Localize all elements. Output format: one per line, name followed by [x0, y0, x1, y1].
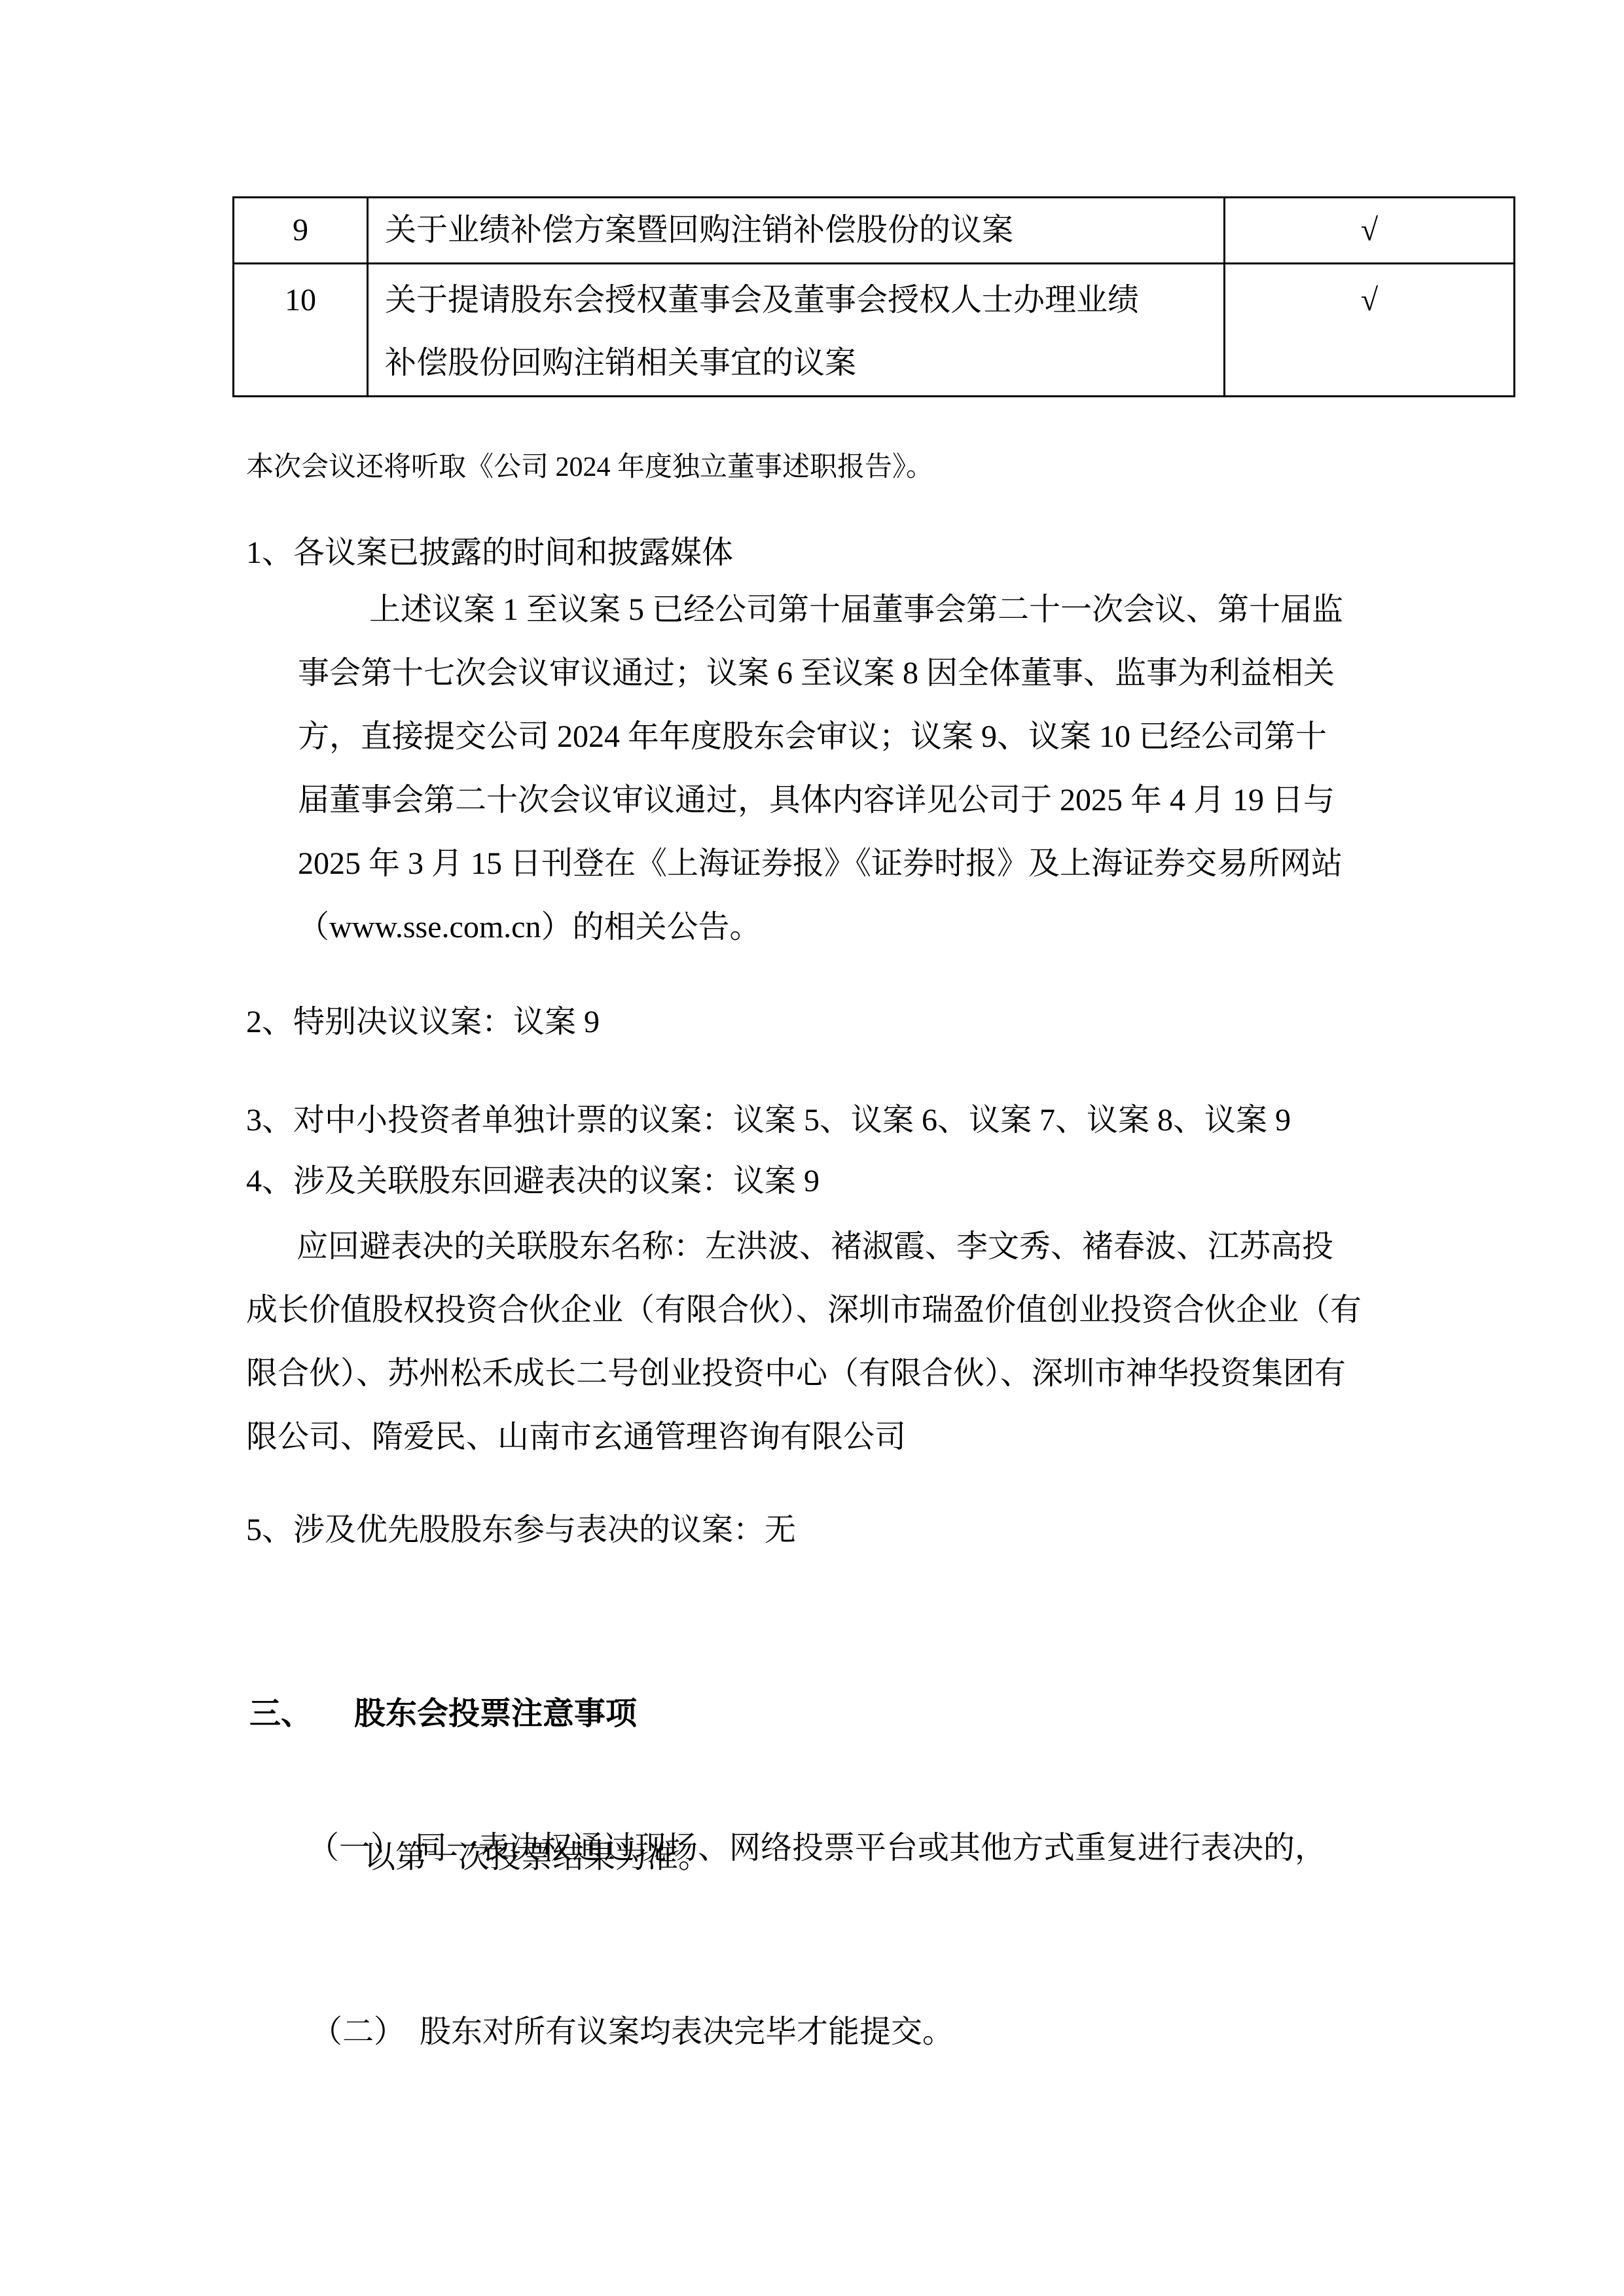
heading-section-3-label: 三、 [249, 1696, 312, 1731]
section-2-line: 2、特别决议议案：议案 9 [246, 990, 600, 1054]
table-row: 9 关于业绩补偿方案暨回购注销补偿股份的议案 √ [234, 198, 1515, 264]
item-1-continuation: 以第一次投票结果为准。 [364, 1825, 710, 1889]
heading-section-3: 三、股东会投票注意事项 [249, 1619, 637, 1746]
row-number-cell: 10 [234, 264, 368, 397]
checkmark-cell: √ [1225, 198, 1515, 264]
section-4-line: 4、涉及关联股东回避表决的议案：议案 9 [246, 1149, 820, 1213]
item-2-text: 股东对所有议案均表决完毕才能提交。 [420, 2015, 954, 2049]
paragraph-disclosure: 上述议案 1 至议案 5 已经公司第十届董事会第二十一次会议、第十届监 事会第十… [298, 578, 1398, 959]
proposal-title-cell: 关于提请股东会授权董事会及董事会授权人士办理业绩 补偿股份回购注销相关事宜的议案 [368, 264, 1225, 397]
section-1-heading: 1、各议案已披露的时间和披露媒体 [246, 521, 733, 584]
item-2-label: （二） [311, 2015, 405, 2049]
note-line: 本次会议还将听取《公司 2024 年度独立董事述职报告》。 [246, 438, 933, 497]
heading-section-3-title: 股东会投票注意事项 [354, 1696, 637, 1731]
paragraph-related-shareholders: 应回避表决的关联股东名称：左洪波、褚淑霞、李文秀、褚春波、江苏高投 成长价值股权… [246, 1215, 1398, 1469]
document-page: 9 关于业绩补偿方案暨回购注销补偿股份的议案 √ 10 关于提请股东会授权董事会… [0, 0, 1624, 2296]
row-number-cell: 9 [234, 198, 368, 264]
agenda-table: 9 关于业绩补偿方案暨回购注销补偿股份的议案 √ 10 关于提请股东会授权董事会… [232, 196, 1515, 397]
proposal-title-cell: 关于业绩补偿方案暨回购注销补偿股份的议案 [368, 198, 1225, 264]
checkmark-cell: √ [1225, 264, 1515, 397]
table-row: 10 关于提请股东会授权董事会及董事会授权人士办理业绩 补偿股份回购注销相关事宜… [234, 264, 1515, 397]
section-3-line: 3、对中小投资者单独计票的议案：议案 5、议案 6、议案 7、议案 8、议案 9 [246, 1088, 1291, 1152]
item-2-line: （二）股东对所有议案均表决完毕才能提交。 [311, 1937, 954, 2064]
section-5-line: 5、涉及优先股股东参与表决的议案：无 [246, 1498, 796, 1562]
